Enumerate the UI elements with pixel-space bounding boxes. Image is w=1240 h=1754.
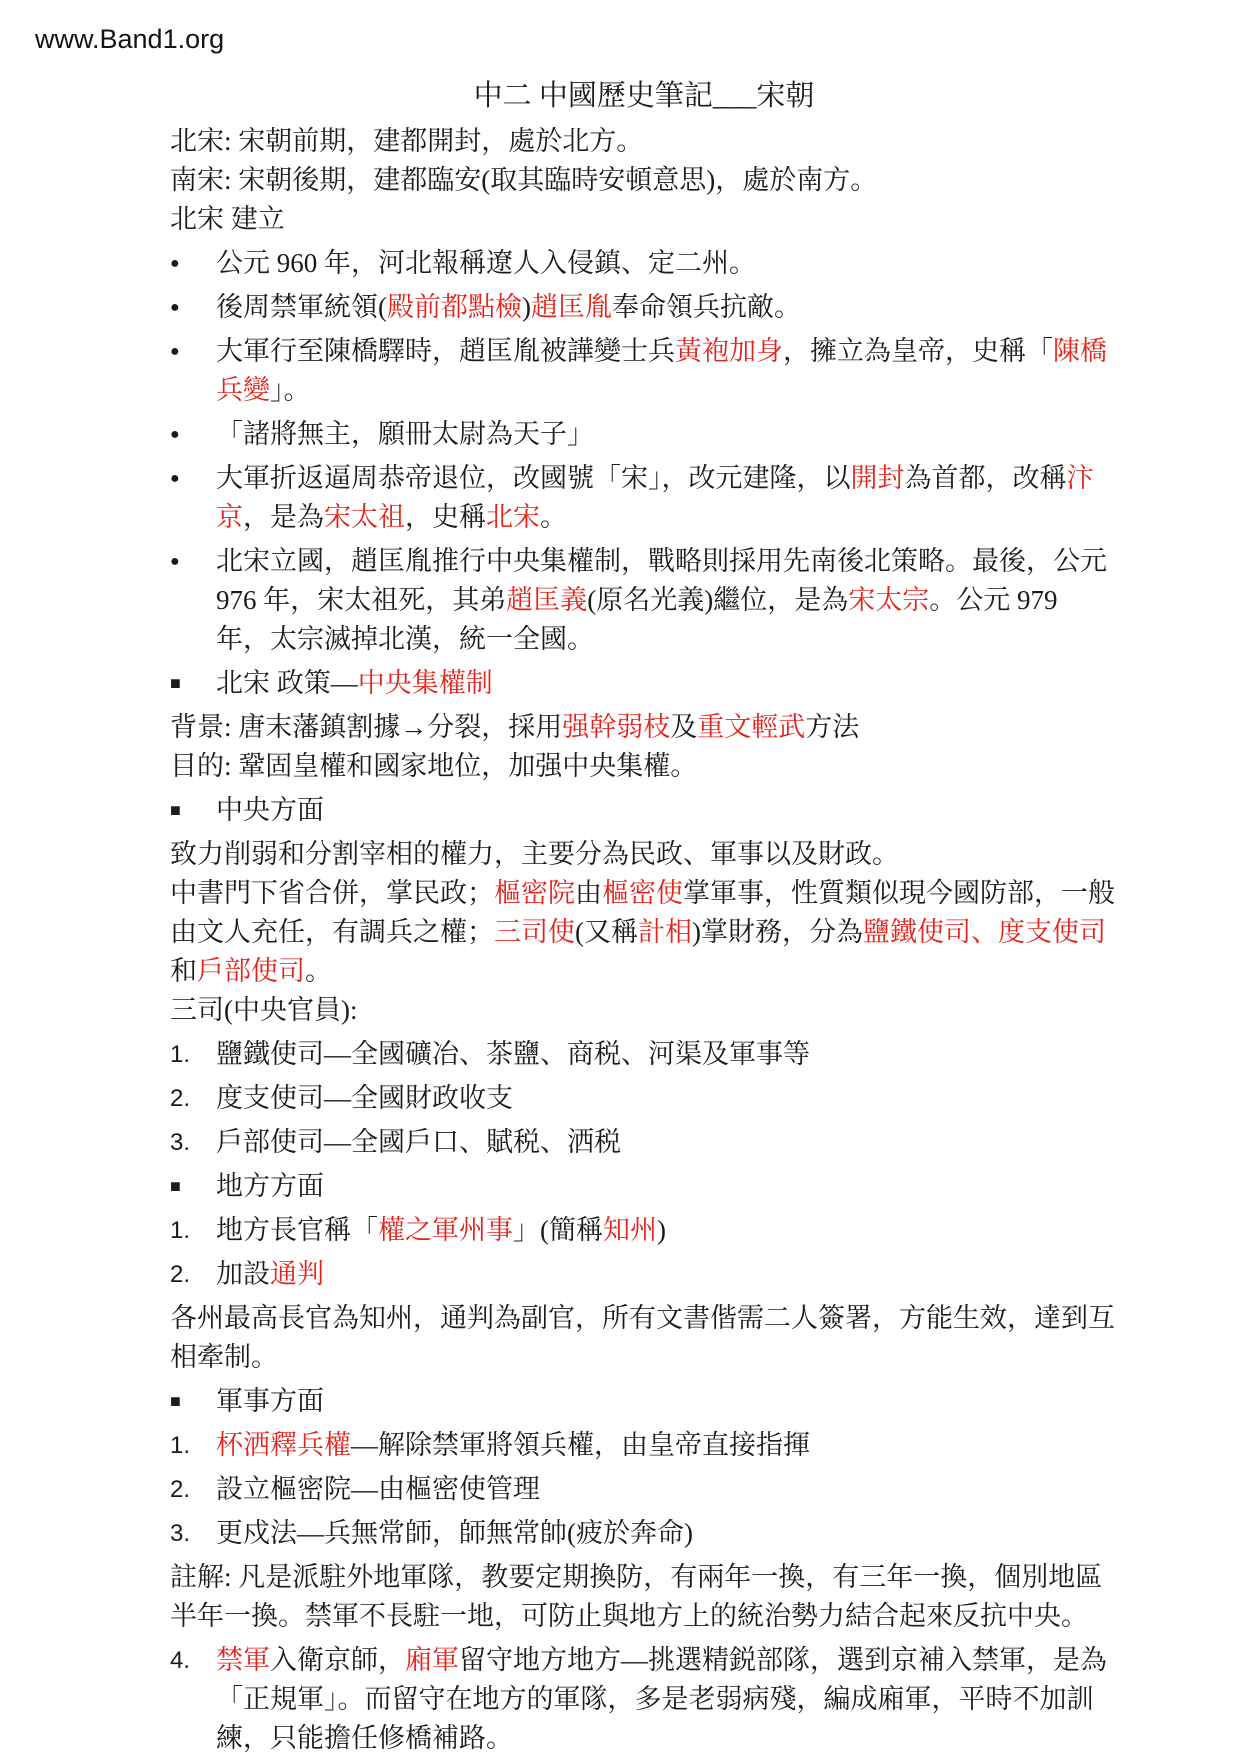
list-number: 1.	[170, 1426, 216, 1465]
numbered-item: 1.地方長官稱「權之軍州事」(簡稱知州)	[170, 1211, 1118, 1250]
highlighted-term: 宋太宗	[848, 585, 929, 615]
text-run: 軍事方面	[216, 1386, 324, 1416]
text-run: ，史稱	[405, 502, 486, 532]
bullet-icon: ●	[170, 332, 216, 371]
line-text: 地方長官稱「權之軍州事」(簡稱知州)	[216, 1211, 1118, 1250]
square-item: ■中央方面	[170, 791, 1118, 830]
text-run: 。	[540, 502, 567, 532]
highlighted-term: 廂軍	[405, 1645, 459, 1675]
paragraph: 註解: 凡是派駐外地軍隊，教要定期換防，有兩年一換，有三年一換，個別地區半年一換…	[170, 1558, 1118, 1636]
paragraph: 目的: 鞏固皇權和國家地位，加强中央集權。	[170, 747, 1118, 786]
text-run: 北宋 建立	[170, 204, 285, 234]
highlighted-term: 開封	[851, 463, 905, 493]
square-bullet-icon: ■	[170, 791, 216, 830]
square-bullet-icon: ■	[170, 1382, 216, 1421]
text-run: 各州最高長官為知州，通判為副官，所有文書偕需二人簽署，方能生效，達到互相牽制。	[170, 1303, 1115, 1372]
text-run: )	[522, 292, 531, 322]
watermark-url: www.Band1.org	[35, 24, 224, 55]
text-run: ，擁立為皇帝，史稱「	[783, 336, 1053, 366]
text-run: 入衛京師，	[270, 1645, 405, 1675]
text-run: 大軍折返逼周恭帝退位，改國號「宋」，改元建隆，以	[216, 463, 851, 493]
highlighted-term: 北宋	[486, 502, 540, 532]
numbered-item: 2.度支使司—全國財政收支	[170, 1079, 1118, 1118]
line-text: 軍事方面	[216, 1382, 1118, 1421]
highlighted-term: 戶部使司	[197, 956, 305, 986]
line-text: 北宋 政策—中央集權制	[216, 664, 1118, 703]
bullet-item: ●「諸將無主，願冊太尉為天子」	[170, 415, 1118, 454]
square-item: ■地方方面	[170, 1167, 1118, 1206]
text-run: 北宋 政策—	[216, 668, 358, 698]
bullet-item: ●大軍行至陳橋驛時，趙匡胤被譁變士兵黃袍加身，擁立為皇帝，史稱「陳橋兵變」。	[170, 332, 1118, 410]
list-number: 1.	[170, 1211, 216, 1250]
paragraph: 各州最高長官為知州，通判為副官，所有文書偕需二人簽署，方能生效，達到互相牽制。	[170, 1299, 1118, 1377]
highlighted-term: 重文輕武	[697, 712, 805, 742]
bullet-item: ●大軍折返逼周恭帝退位，改國號「宋」，改元建隆，以開封為首都，改稱汴京，是為宋太…	[170, 459, 1118, 537]
line-text: 目的: 鞏固皇權和國家地位，加强中央集權。	[170, 751, 697, 781]
line-text: 註解: 凡是派駐外地軍隊，教要定期換防，有兩年一換，有三年一換，個別地區半年一換…	[170, 1562, 1102, 1631]
list-number: 4.	[170, 1641, 216, 1680]
text-run: 註解: 凡是派駐外地軍隊，教要定期換防，有兩年一換，有三年一換，個別地區半年一換…	[170, 1562, 1102, 1631]
line-text: 禁軍入衛京師，廂軍留守地方地方—挑選精鋭部隊，選到京補入禁軍，是為「正規軍」。而…	[216, 1641, 1118, 1754]
highlighted-term: 知州	[603, 1215, 657, 1245]
page-title: 中二 中國歷史筆記___宋朝	[170, 76, 1118, 116]
numbered-item: 4.禁軍入衛京師，廂軍留守地方地方—挑選精鋭部隊，選到京補入禁軍，是為「正規軍」…	[170, 1641, 1118, 1754]
list-number: 3.	[170, 1514, 216, 1553]
text-run: —解除禁軍將領兵權，由皇帝直接指揮	[351, 1430, 810, 1460]
line-text: 杯洒釋兵權—解除禁軍將領兵權，由皇帝直接指揮	[216, 1426, 1118, 1465]
numbered-item: 3.更戍法—兵無常師，師無常帥(疲於奔命)	[170, 1514, 1118, 1553]
line-text: 北宋: 宋朝前期，建都開封，處於北方。	[170, 126, 643, 156]
highlighted-term: 權之軍州事	[378, 1215, 513, 1245]
text-run: 目的: 鞏固皇權和國家地位，加强中央集權。	[170, 751, 697, 781]
text-run: 加設	[216, 1259, 270, 1289]
paragraph: 南宋: 宋朝後期，建都臨安(取其臨時安頓意思)，處於南方。	[170, 161, 1118, 200]
text-run: 」(簡稱	[513, 1215, 603, 1245]
text-run: 設立樞密院—由樞密使管理	[216, 1474, 540, 1504]
text-run: ，是為	[243, 502, 324, 532]
text-run: 中書門下省合併，掌民政；	[170, 878, 494, 908]
text-run: 背景: 唐末藩鎮割據→分裂，採用	[170, 712, 562, 742]
bullet-icon: ●	[170, 542, 216, 581]
highlighted-term: 殿前都點檢	[387, 292, 522, 322]
text-run: 大軍行至陳橋驛時，趙匡胤被譁變士兵	[216, 336, 675, 366]
list-number: 3.	[170, 1123, 216, 1162]
paragraph: 背景: 唐末藩鎮割據→分裂，採用强幹弱枝及重文輕武方法	[170, 708, 1118, 747]
line-text: 地方方面	[216, 1167, 1118, 1206]
document-body: 北宋: 宋朝前期，建都開封，處於北方。南宋: 宋朝後期，建都臨安(取其臨時安頓意…	[170, 122, 1118, 1754]
line-text: 加設通判	[216, 1255, 1118, 1294]
line-text: 度支使司—全國財政收支	[216, 1079, 1118, 1118]
list-number: 1.	[170, 1035, 216, 1074]
text-run: )	[657, 1215, 666, 1245]
paragraph: 北宋: 宋朝前期，建都開封，處於北方。	[170, 122, 1118, 161]
line-text: 中書門下省合併，掌民政；樞密院由樞密使掌軍事，性質類似現今國防部，一般由文人充任…	[170, 878, 1115, 986]
numbered-item: 3.戶部使司—全國戶口、賦税、洒税	[170, 1123, 1118, 1162]
document-content: 中二 中國歷史筆記___宋朝 北宋: 宋朝前期，建都開封，處於北方。南宋: 宋朝…	[0, 0, 1240, 1754]
text-run: 鹽鐵使司—全國礦冶、茶鹽、商税、河渠及軍事等	[216, 1039, 810, 1069]
highlighted-term: 宋太祖	[324, 502, 405, 532]
text-run: 「諸將無主，願冊太尉為天子」	[216, 419, 594, 449]
line-text: 北宋 建立	[170, 204, 285, 234]
highlighted-term: 趙匡義	[506, 585, 587, 615]
list-number: 2.	[170, 1470, 216, 1509]
square-item: ■北宋 政策—中央集權制	[170, 664, 1118, 703]
document-page: www.Band1.org 中二 中國歷史筆記___宋朝 北宋: 宋朝前期，建都…	[0, 0, 1240, 1754]
line-text: 背景: 唐末藩鎮割據→分裂，採用强幹弱枝及重文輕武方法	[170, 712, 859, 742]
line-text: 大軍折返逼周恭帝退位，改國號「宋」，改元建隆，以開封為首都，改稱汴京，是為宋太祖…	[216, 459, 1118, 537]
bullet-icon: ●	[170, 288, 216, 327]
text-run: 。	[305, 956, 332, 986]
bullet-item: ●公元 960 年，河北報稱遼人入侵鎮、定二州。	[170, 244, 1118, 283]
highlighted-term: 杯洒釋兵權	[216, 1430, 351, 1460]
numbered-item: 2.加設通判	[170, 1255, 1118, 1294]
paragraph: 三司(中央官員):	[170, 991, 1118, 1030]
square-bullet-icon: ■	[170, 1167, 216, 1206]
text-run: 更戍法—兵無常師，師無常帥(疲於奔命)	[216, 1518, 693, 1548]
text-run: 致力削弱和分割宰相的權力，主要分為民政、軍事以及財政。	[170, 839, 899, 869]
line-text: 致力削弱和分割宰相的權力，主要分為民政、軍事以及財政。	[170, 839, 899, 869]
text-run: 方法	[805, 712, 859, 742]
text-run: 和	[170, 956, 197, 986]
bullet-icon: ●	[170, 244, 216, 283]
text-run: 公元 960 年，河北報稱遼人入侵鎮、定二州。	[216, 248, 756, 278]
square-item: ■軍事方面	[170, 1382, 1118, 1421]
highlighted-term: 三司使	[494, 917, 575, 947]
line-text: 後周禁軍統領(殿前都點檢)趙匡胤奉命領兵抗敵。	[216, 288, 1118, 327]
line-text: 「諸將無主，願冊太尉為天子」	[216, 415, 1118, 454]
paragraph: 致力削弱和分割宰相的權力，主要分為民政、軍事以及財政。	[170, 835, 1118, 874]
text-run: 地方方面	[216, 1171, 324, 1201]
paragraph: 北宋 建立	[170, 200, 1118, 239]
text-run: 奉命領兵抗敵。	[612, 292, 801, 322]
highlighted-term: 鹽鐵使司、度支使司	[863, 917, 1106, 947]
line-text: 各州最高長官為知州，通判為副官，所有文書偕需二人簽署，方能生效，達到互相牽制。	[170, 1303, 1115, 1372]
text-run: 地方長官稱「	[216, 1215, 378, 1245]
highlighted-term: 樞密院	[494, 878, 575, 908]
text-run: 為首都，改稱	[905, 463, 1067, 493]
text-run: 」。	[270, 375, 311, 405]
text-run: 三司(中央官員):	[170, 995, 357, 1025]
paragraph: 中書門下省合併，掌民政；樞密院由樞密使掌軍事，性質類似現今國防部，一般由文人充任…	[170, 874, 1118, 991]
highlighted-term: 禁軍	[216, 1645, 270, 1675]
line-text: 北宋立國，趙匡胤推行中央集權制，戰略則採用先南後北策略。最後，公元 976 年，…	[216, 542, 1118, 659]
line-text: 公元 960 年，河北報稱遼人入侵鎮、定二州。	[216, 244, 1118, 283]
text-run: 中央方面	[216, 795, 324, 825]
line-text: 中央方面	[216, 791, 1118, 830]
bullet-item: ●後周禁軍統領(殿前都點檢)趙匡胤奉命領兵抗敵。	[170, 288, 1118, 327]
line-text: 鹽鐵使司—全國礦冶、茶鹽、商税、河渠及軍事等	[216, 1035, 1118, 1074]
text-run: 度支使司—全國財政收支	[216, 1083, 513, 1113]
square-bullet-icon: ■	[170, 664, 216, 703]
highlighted-term: 計相	[638, 917, 692, 947]
text-run: 及	[670, 712, 697, 742]
text-run: (原名光義)繼位，是為	[587, 585, 848, 615]
text-run: 由	[575, 878, 602, 908]
text-run: 戶部使司—全國戶口、賦税、洒税	[216, 1127, 621, 1157]
highlighted-term: 通判	[270, 1259, 324, 1289]
list-number: 2.	[170, 1255, 216, 1294]
list-number: 2.	[170, 1079, 216, 1118]
highlighted-term: 趙匡胤	[531, 292, 612, 322]
text-run: )掌財務，分為	[692, 917, 863, 947]
text-run: (又稱	[575, 917, 638, 947]
bullet-icon: ●	[170, 415, 216, 454]
text-run: 北宋: 宋朝前期，建都開封，處於北方。	[170, 126, 643, 156]
line-text: 戶部使司—全國戶口、賦税、洒税	[216, 1123, 1118, 1162]
line-text: 南宋: 宋朝後期，建都臨安(取其臨時安頓意思)，處於南方。	[170, 165, 877, 195]
line-text: 設立樞密院—由樞密使管理	[216, 1470, 1118, 1509]
numbered-item: 1.鹽鐵使司—全國礦冶、茶鹽、商税、河渠及軍事等	[170, 1035, 1118, 1074]
line-text: 大軍行至陳橋驛時，趙匡胤被譁變士兵黃袍加身，擁立為皇帝，史稱「陳橋兵變」。	[216, 332, 1118, 410]
highlighted-term: 强幹弱枝	[562, 712, 670, 742]
highlighted-term: 樞密使	[602, 878, 683, 908]
bullet-item: ●北宋立國，趙匡胤推行中央集權制，戰略則採用先南後北策略。最後，公元 976 年…	[170, 542, 1118, 659]
highlighted-term: 黃袍加身	[675, 336, 783, 366]
numbered-item: 1.杯洒釋兵權—解除禁軍將領兵權，由皇帝直接指揮	[170, 1426, 1118, 1465]
line-text: 更戍法—兵無常師，師無常帥(疲於奔命)	[216, 1514, 1118, 1553]
bullet-icon: ●	[170, 459, 216, 498]
numbered-item: 2.設立樞密院—由樞密使管理	[170, 1470, 1118, 1509]
line-text: 三司(中央官員):	[170, 995, 357, 1025]
text-run: 後周禁軍統領(	[216, 292, 387, 322]
highlighted-term: 中央集權制	[358, 668, 493, 698]
text-run: 南宋: 宋朝後期，建都臨安(取其臨時安頓意思)，處於南方。	[170, 165, 877, 195]
